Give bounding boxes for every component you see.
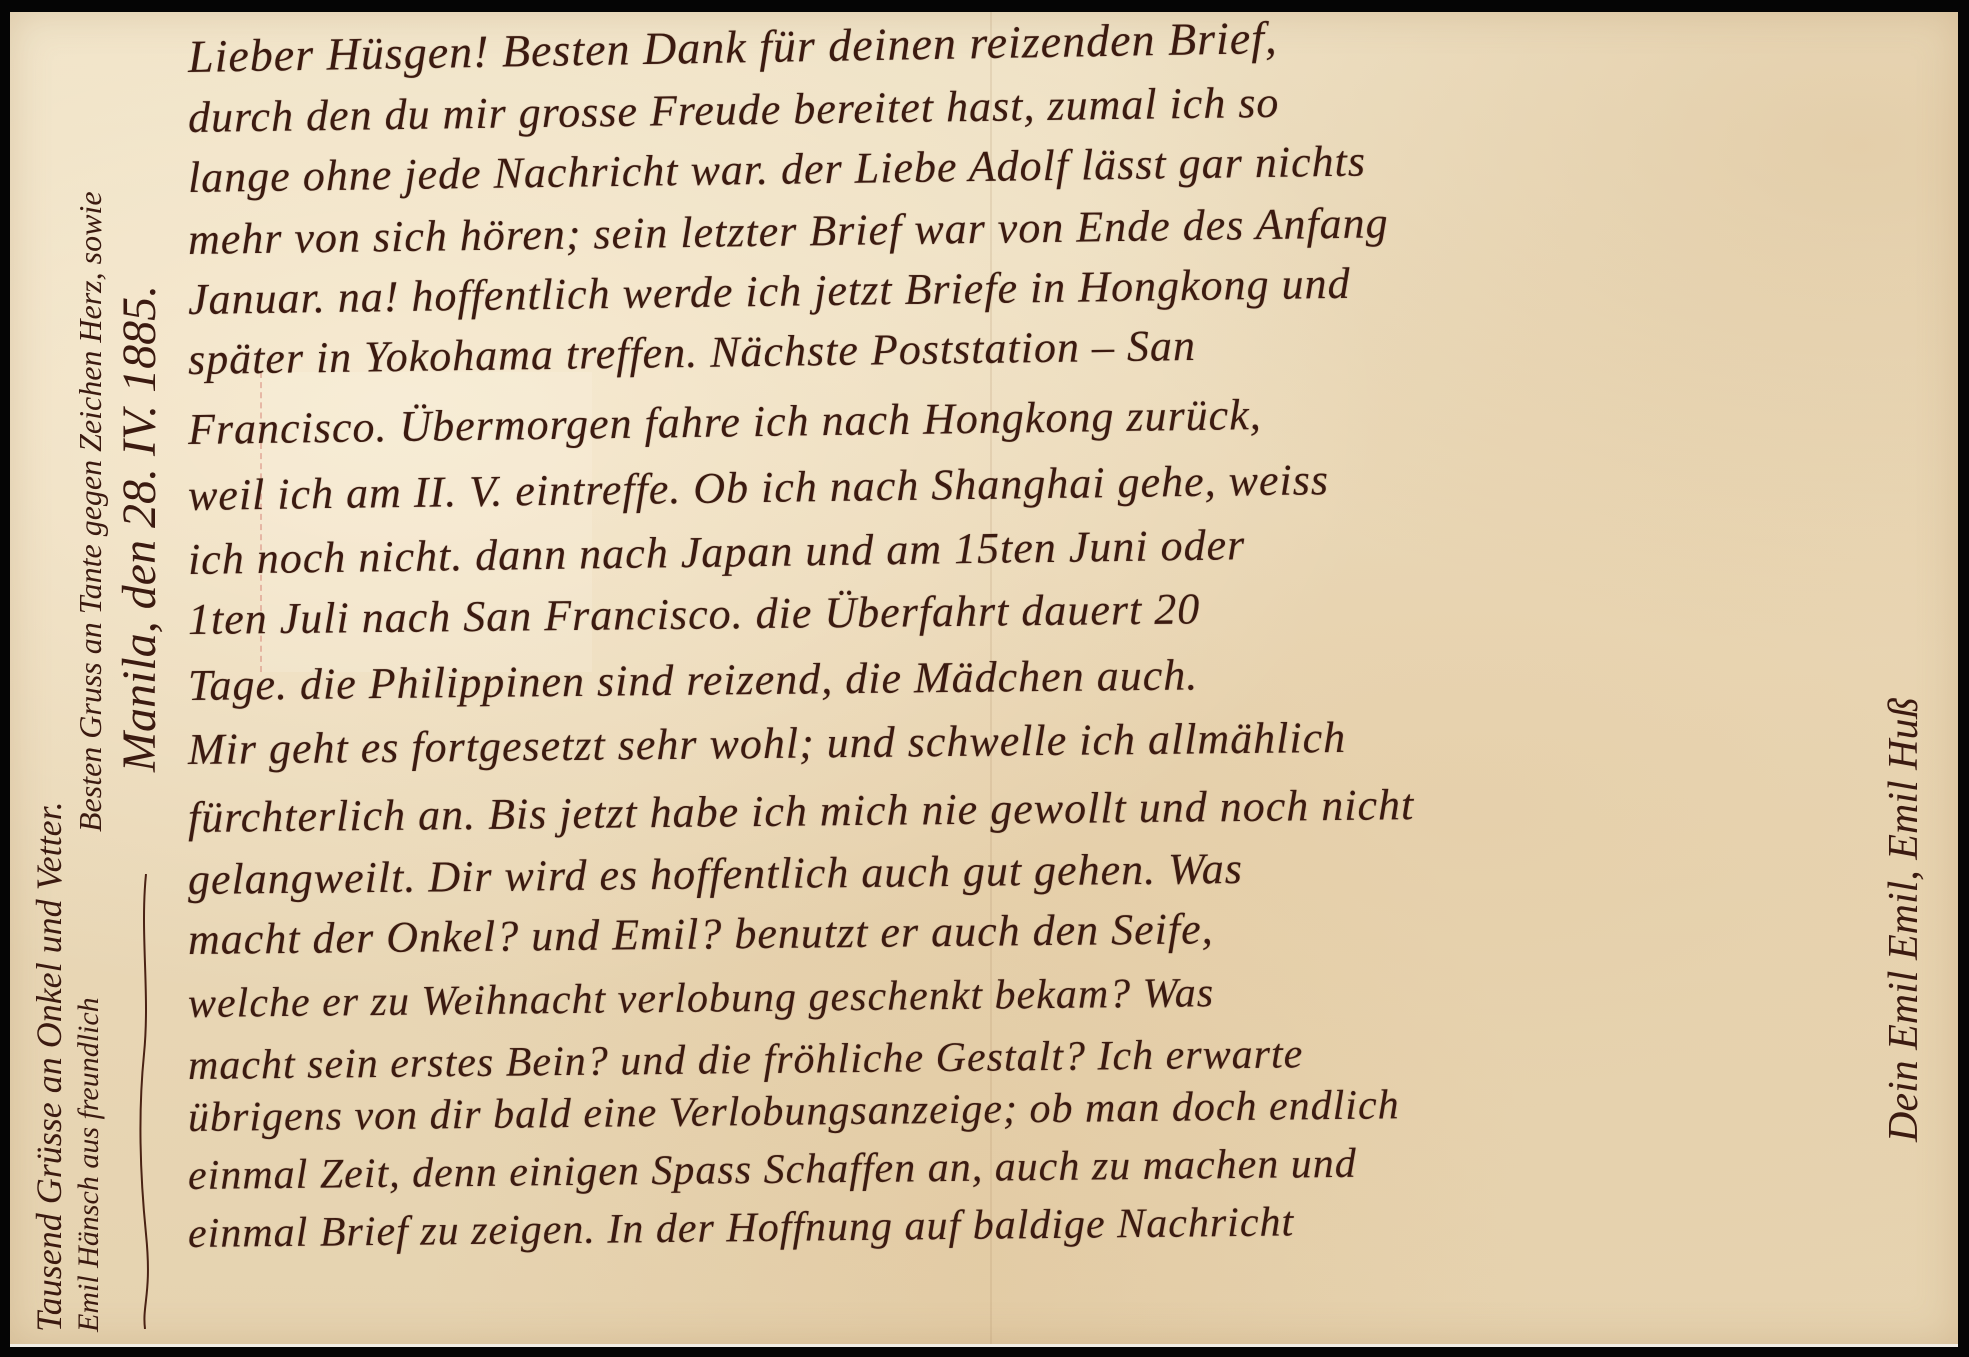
letter-line: welche er zu Weihnacht verlobung geschen… <box>188 969 1215 1028</box>
letter-line: übrigens von dir bald eine Verlobungsanz… <box>188 1081 1400 1142</box>
letter-line: lange ohne jede Nachricht war. der Liebe… <box>188 136 1367 203</box>
letter-line: einmal Zeit, denn einigen Spass Schaffen… <box>188 1140 1357 1200</box>
letter-line: macht sein erstes Bein? und die fröhlich… <box>188 1030 1304 1090</box>
letter-line: fürchterlich an. Bis jetzt habe ich mich… <box>188 779 1415 843</box>
margin-divider-line <box>138 874 152 1329</box>
postcard: Lieber Hüsgen! Besten Dank für deinen re… <box>10 12 1958 1347</box>
margin-note-inner: Emil Hänsch aus freundlich <box>72 997 106 1332</box>
letter-line: Lieber Hüsgen! Besten Dank für deinen re… <box>188 12 1278 83</box>
black-frame: Lieber Hüsgen! Besten Dank für deinen re… <box>0 0 1969 1357</box>
letter-line: Januar. na! hoffentlich werde ich jetzt … <box>188 258 1351 325</box>
letter-line: einmal Brief zu zeigen. In der Hoffnung … <box>188 1198 1295 1258</box>
margin-note-outer: Tausend Grüsse an Onkel und Vetter. <box>28 801 70 1332</box>
letter-line: Tage. die Philippinen sind reizend, die … <box>188 649 1199 711</box>
signature: Dein Emil Emil, Emil Huß <box>1880 698 1928 1142</box>
letter-line: gelangweilt. Dir wird es hoffentlich auc… <box>188 843 1243 905</box>
letter-line: 1ten Juli nach San Francisco. die Überfa… <box>188 583 1201 645</box>
date-place-line: Manila, den 28. IV. 1885. <box>112 285 167 772</box>
letter-line: Mir geht es fortgesetzt sehr wohl; und s… <box>188 712 1347 775</box>
margin-note-middle: Besten Gruss an Tante gegen Zeichen Herz… <box>72 191 109 832</box>
letter-line: durch den du mir grosse Freude bereitet … <box>188 77 1280 143</box>
letter-line: mehr von sich hören; sein letzter Brief … <box>188 197 1389 265</box>
letter-line: macht der Onkel? und Emil? benutzt er au… <box>188 903 1214 965</box>
letter-line: später in Yokohama treffen. Nächste Post… <box>188 320 1197 385</box>
